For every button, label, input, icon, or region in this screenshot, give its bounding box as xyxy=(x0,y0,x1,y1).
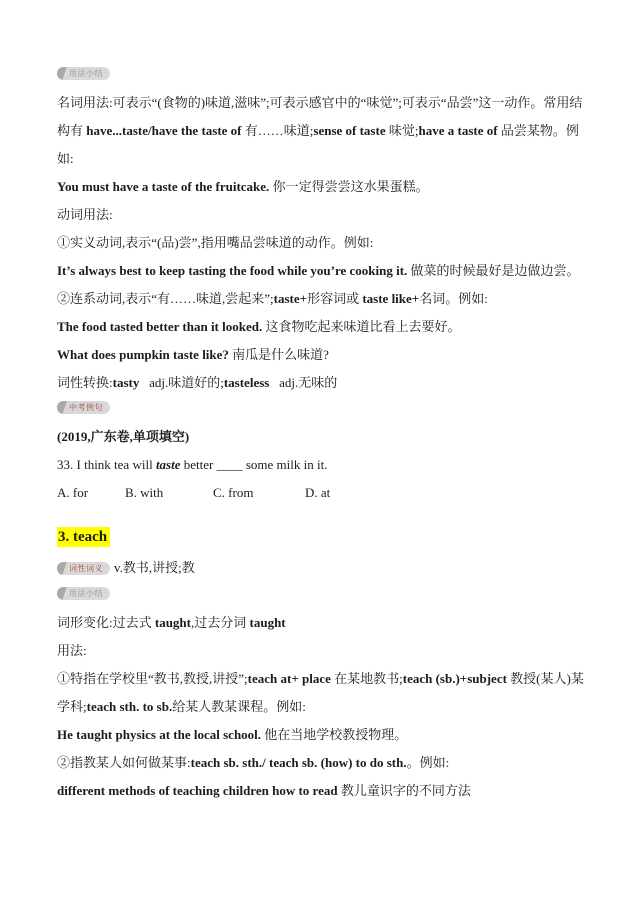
usage-summary-badge-row: 用法小结 xyxy=(57,65,586,80)
usage-summary-badge-teach: 用法小结 xyxy=(57,587,110,600)
exam-question-33-options: A. forB. withC. fromD. at xyxy=(57,479,586,507)
text-run: ,过去分词 xyxy=(191,615,250,630)
text-run: teach at+ place xyxy=(248,671,331,686)
text-run: taste like+ xyxy=(362,291,419,306)
answer-option: C. from xyxy=(213,479,305,507)
text-run: taught xyxy=(250,615,286,630)
text-run: sense of taste xyxy=(313,123,385,138)
answer-option: A. for xyxy=(57,479,125,507)
text-run: better ____ some milk in it. xyxy=(181,457,328,472)
answer-option: B. with xyxy=(125,479,213,507)
verb-usage-point-2: ②连系动词,表示“有……味道,尝起来”;taste+形容词或 taste lik… xyxy=(57,285,586,313)
exam-example-badge-row: 中考例句 xyxy=(57,400,586,415)
text-run: teach sth. to sb. xyxy=(87,699,173,714)
verb-usage-label: 动词用法: xyxy=(57,201,586,229)
text-run: 。例如: xyxy=(407,755,450,770)
text-run: 你一定得尝尝这水果蛋糕。 xyxy=(269,179,428,194)
text-run: teach sb. sth./ teach sb. (how) to do st… xyxy=(191,755,407,770)
word-class-badge: 词性词义 xyxy=(57,562,110,575)
badge-tip-icon xyxy=(57,562,67,575)
entry-heading-teach: 3. teach xyxy=(57,525,586,549)
usage-summary-badge: 用法小结 xyxy=(57,67,110,80)
text-run: tasty xyxy=(113,375,140,390)
text-run: 做菜的时候最好是边做边尝。 xyxy=(407,263,579,278)
badge-label: 用法小结 xyxy=(69,67,103,80)
text-run: different methods of teaching children h… xyxy=(57,783,338,798)
badge-tip-icon xyxy=(57,587,67,600)
text-run: 动词用法: xyxy=(57,207,113,222)
text-run: 这食物吃起来味道比看上去要好。 xyxy=(262,319,460,334)
badge-label: 用法小结 xyxy=(69,587,103,600)
text-run: 在某地教书; xyxy=(331,671,403,686)
text-run: 教儿童识字的不同方法 xyxy=(338,783,471,798)
teach-usage-point-1: ①特指在学校里“教书,教授,讲授”;teach at+ place 在某地教书;… xyxy=(57,665,586,721)
text-run: v.教书,讲授;教 xyxy=(114,560,195,575)
word-conversion-line: 词性转换:tasty adj.味道好的;tasteless adj.无味的 xyxy=(57,369,586,397)
example-sentence-pumpkin: What does pumpkin taste like? 南瓜是什么味道? xyxy=(57,341,586,369)
noun-usage-paragraph: 名词用法:可表示“(食物的)味道,滋味”;可表示感官中的“味觉”;可表示“品尝”… xyxy=(57,89,586,173)
badge-label: 词性词义 xyxy=(69,562,103,575)
heading-highlight-text: 3. teach xyxy=(57,527,110,547)
text-run: What does pumpkin taste like? xyxy=(57,347,229,362)
example-sentence-food-tasted: The food tasted better than it looked. 这… xyxy=(57,313,586,341)
text-run: taught xyxy=(155,615,191,630)
text-run: 给某人教某课程。例如: xyxy=(172,699,306,714)
example-sentence-physics: He taught physics at the local school. 他… xyxy=(57,721,586,749)
answer-option: D. at xyxy=(305,479,330,507)
example-sentence-cooking: It’s always best to keep tasting the foo… xyxy=(57,257,586,285)
text-run: 词形变化:过去式 xyxy=(57,615,155,630)
document-page: 用法小结名词用法:可表示“(食物的)味道,滋味”;可表示感官中的“味觉”;可表示… xyxy=(0,0,640,905)
text-run: 味觉; xyxy=(386,123,419,138)
text-run: ②指教某人如何做某事: xyxy=(57,755,191,770)
text-run: (2019,广东卷,单项填空) xyxy=(57,429,189,444)
text-run: 形容词或 xyxy=(307,291,362,306)
text-run: adj.无味的 xyxy=(269,375,337,390)
example-phrase-reading: different methods of teaching children h… xyxy=(57,777,586,805)
text-run: 有……味道; xyxy=(242,123,314,138)
badge-tip-icon xyxy=(57,401,67,414)
word-forms-line: 词形变化:过去式 taught,过去分词 taught xyxy=(57,609,586,637)
text-run: You must have a taste of the fruitcake. xyxy=(57,179,269,194)
exam-question-33: 33. I think tea will taste better ____ s… xyxy=(57,451,586,479)
text-run: 他在当地学校教授物理。 xyxy=(261,727,407,742)
text-run: 用法: xyxy=(57,643,87,658)
text-run: 33. I think tea will xyxy=(57,457,156,472)
text-run: tasteless xyxy=(224,375,270,390)
teach-usage-point-2: ②指教某人如何做某事:teach sb. sth./ teach sb. (ho… xyxy=(57,749,586,777)
text-run: He taught physics at the local school. xyxy=(57,727,261,742)
text-run: The food tasted better than it looked. xyxy=(57,319,262,334)
badge-label: 中考例句 xyxy=(69,401,103,414)
example-sentence-fruitcake: You must have a taste of the fruitcake. … xyxy=(57,173,586,201)
text-run: ②连系动词,表示“有……味道,尝起来”; xyxy=(57,291,274,306)
text-run: taste+ xyxy=(274,291,307,306)
text-run: have...taste/have the taste of xyxy=(86,123,241,138)
text-run: 南瓜是什么味道? xyxy=(229,347,329,362)
text-run: teach (sb.)+subject xyxy=(403,671,507,686)
text-run: adj.味道好的; xyxy=(139,375,224,390)
exam-source-line: (2019,广东卷,单项填空) xyxy=(57,423,586,451)
text-run: It’s always best to keep tasting the foo… xyxy=(57,263,407,278)
text-run: ①实义动词,表示“(品)尝”,指用嘴品尝味道的动作。例如: xyxy=(57,235,373,250)
document-body: 用法小结名词用法:可表示“(食物的)味道,滋味”;可表示感官中的“味觉”;可表示… xyxy=(57,62,586,805)
exam-example-badge: 中考例句 xyxy=(57,401,110,414)
word-class-line: 词性词义v.教书,讲授;教 xyxy=(57,554,586,582)
verb-usage-point-1: ①实义动词,表示“(品)尝”,指用嘴品尝味道的动作。例如: xyxy=(57,229,586,257)
text-run: taste xyxy=(156,457,181,472)
text-run: 词性转换: xyxy=(57,375,113,390)
badge-tip-icon xyxy=(57,67,67,80)
usage-summary-badge-teach-row: 用法小结 xyxy=(57,585,586,600)
text-run: 名词。例如: xyxy=(419,291,488,306)
text-run: have a taste of xyxy=(418,123,497,138)
text-run: ①特指在学校里“教书,教授,讲授”; xyxy=(57,671,248,686)
usage-label: 用法: xyxy=(57,637,586,665)
